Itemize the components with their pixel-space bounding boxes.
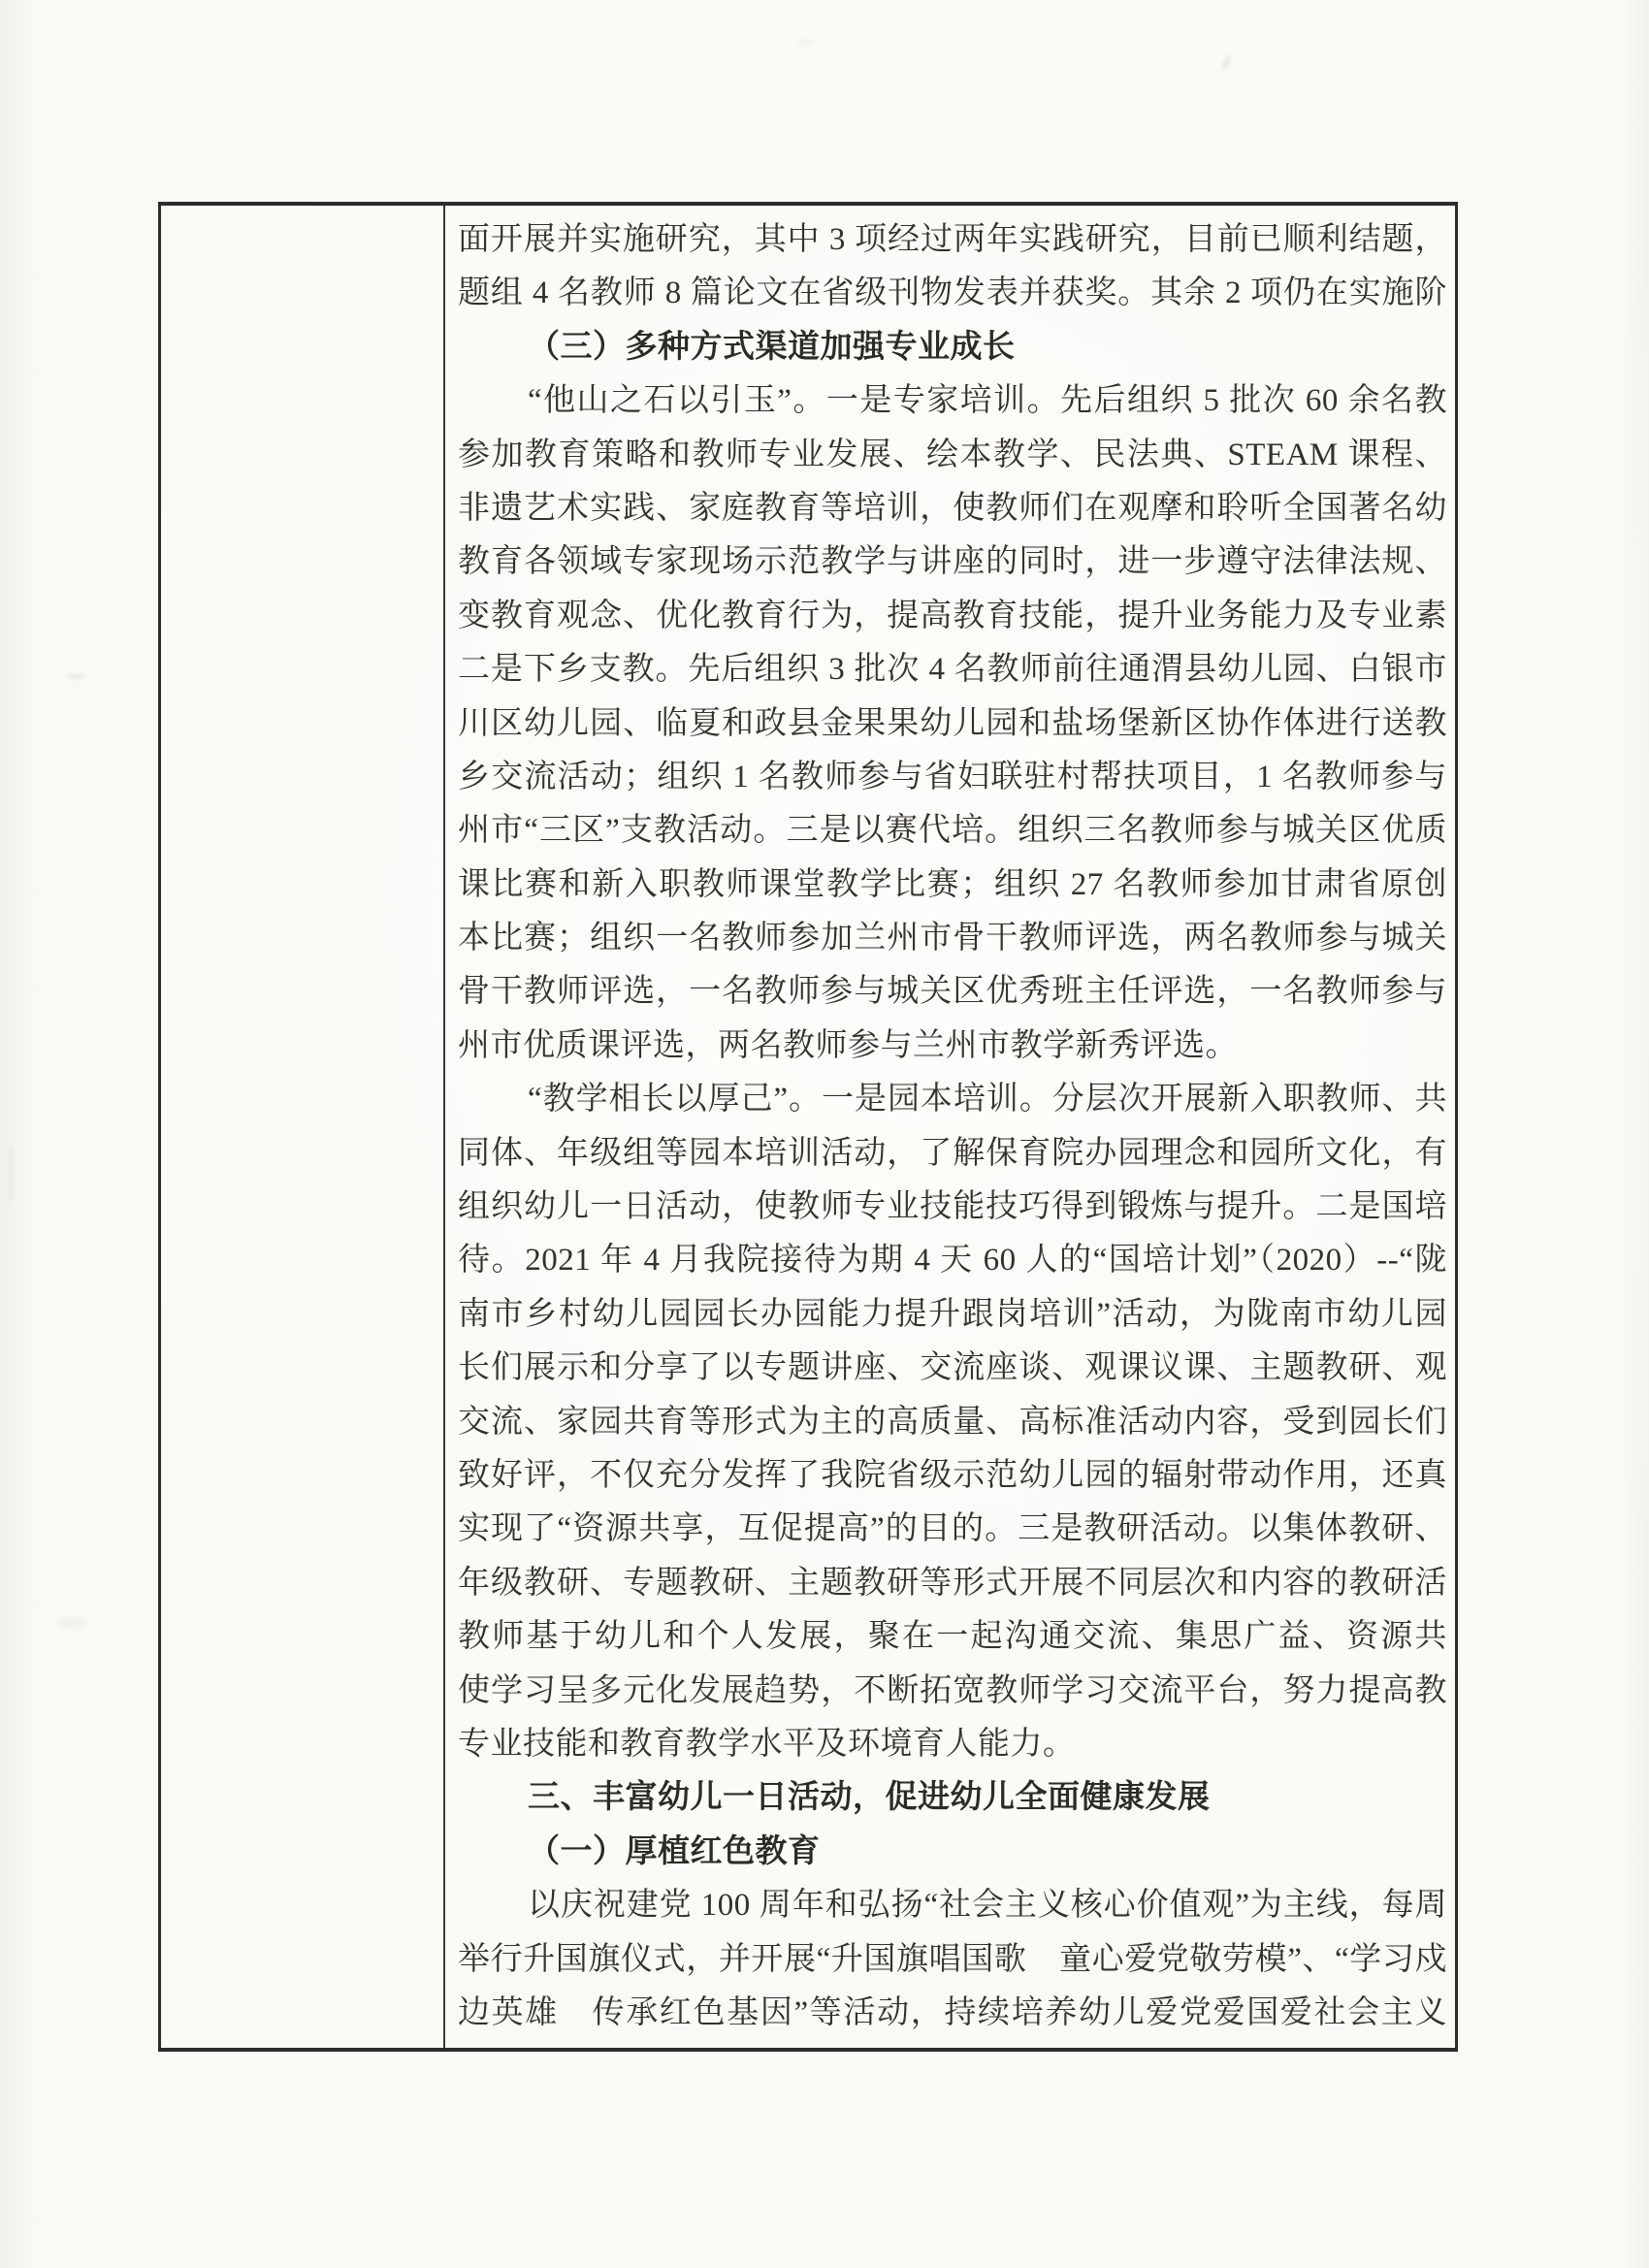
section-heading: （一）厚植红色教育 bbox=[458, 1826, 1447, 1879]
scan-artifact bbox=[8, 1145, 14, 1203]
text-line: 举行升国旗仪式，并开展“升国旗唱国歌 童心爱党敬劳模”、“学习戍 bbox=[458, 1933, 1447, 1987]
text-line: 年级教研、专题教研、主题教研等形式开展不同层次和内容的教研活动， bbox=[458, 1557, 1447, 1610]
text-line: “教学相长以厚己”。一是园本培训。分层次开展新入职教师、共 bbox=[458, 1073, 1447, 1126]
text-line: 边英雄 传承红色基因”等活动，持续培养幼儿爱党爱国爱社会主义的 bbox=[458, 1987, 1447, 2040]
table-text-cell: 面开展并实施研究，其中 3 项经过两年实践研究，目前已顺利结题，课 题组 4 名… bbox=[445, 206, 1455, 2048]
text-line: 非遗艺术实践、家庭教育等培训，使教师们在观摩和聆听全国著名幼儿 bbox=[458, 482, 1447, 535]
text-line: “他山之石以引玉”。一是专家培训。先后组织 5 批次 60 余名教师 bbox=[458, 374, 1447, 428]
text-line: 待。2021 年 4 月我院接待为期 4 天 60 人的“国培计划”（2020）… bbox=[458, 1234, 1447, 1287]
text-line: 长们展示和分享了以专题讲座、交流座谈、观课议课、主题教研、观摩 bbox=[458, 1342, 1447, 1395]
text-line: 课比赛和新入职教师课堂教学比赛；组织 27 名教师参加甘肃省原创绘 bbox=[458, 859, 1447, 912]
text-line: 以庆祝建党 100 周年和弘扬“社会主义核心价值观”为主线，每周 bbox=[458, 1879, 1447, 1932]
text-line: 州市优质课评选，两名教师参与兰州市教学新秀评选。 bbox=[458, 1020, 1447, 1073]
text-line: 二是下乡支教。先后组织 3 批次 4 名教师前往通渭县幼儿园、白银市平 bbox=[458, 643, 1447, 697]
text-line: 州市“三区”支教活动。三是以赛代培。组织三名教师参与城关区优质 bbox=[458, 804, 1447, 858]
scan-artifact bbox=[797, 39, 813, 45]
section-heading: （三）多种方式渠道加强专业成长 bbox=[458, 321, 1447, 374]
text-line: 变教育观念、优化教育行为，提高教育技能，提升业务能力及专业素养。 bbox=[458, 590, 1447, 643]
text-line: 乡交流活动；组织 1 名教师参与省妇联驻村帮扶项目，1 名教师参与兰 bbox=[458, 751, 1447, 804]
text-line: 川区幼儿园、临夏和政县金果果幼儿园和盐场堡新区协作体进行送教下 bbox=[458, 697, 1447, 751]
section-heading: 三、丰富幼儿一日活动，促进幼儿全面健康发展 bbox=[458, 1771, 1447, 1825]
scan-artifact bbox=[1221, 54, 1231, 71]
text-line: 使学习呈多元化发展趋势，不断拓宽教师学习交流平台，努力提高教师 bbox=[458, 1665, 1447, 1718]
text-line: 组织幼儿一日活动，使教师专业技能技巧得到锻炼与提升。二是国培接 bbox=[458, 1181, 1447, 1234]
text-line: 骨干教师评选，一名教师参与城关区优秀班主任评选，一名教师参与兰 bbox=[458, 965, 1447, 1019]
scan-artifact bbox=[68, 674, 85, 679]
report-table: 面开展并实施研究，其中 3 项经过两年实践研究，目前已顺利结题，课 题组 4 名… bbox=[158, 202, 1458, 2052]
scan-artifact bbox=[58, 1618, 87, 1628]
text-line: 同体、年级组等园本培训活动，了解保育院办园理念和园所文化，有效 bbox=[458, 1127, 1447, 1181]
text-line: 教师基于幼儿和个人发展，聚在一起沟通交流、集思广益、资源共享， bbox=[458, 1610, 1447, 1664]
text-line: 交流、家园共育等形式为主的高质量、高标准活动内容，受到园长们一 bbox=[458, 1396, 1447, 1449]
text-line: 专业技能和教育教学水平及环境育人能力。 bbox=[458, 1718, 1447, 1771]
text-line: 本比赛；组织一名教师参加兰州市骨干教师评选，两名教师参与城关区 bbox=[458, 912, 1447, 965]
table-left-column-cell bbox=[161, 206, 443, 2048]
text-line: 南市乡村幼儿园园长办园能力提升跟岗培训”活动，为陇南市幼儿园园 bbox=[458, 1288, 1447, 1342]
text-line: 面开展并实施研究，其中 3 项经过两年实践研究，目前已顺利结题，课 bbox=[458, 213, 1447, 267]
scanned-page: 面开展并实施研究，其中 3 项经过两年实践研究，目前已顺利结题，课 题组 4 名… bbox=[0, 0, 1649, 2268]
text-line: 题组 4 名教师 8 篇论文在省级刊物发表并获奖。其余 2 项仍在实施阶段。 bbox=[458, 267, 1447, 320]
text-line: 实现了“资源共享，互促提高”的目的。三是教研活动。以集体教研、 bbox=[458, 1503, 1447, 1556]
text-line: 教育各领域专家现场示范教学与讲座的同时，进一步遵守法律法规、转 bbox=[458, 535, 1447, 589]
text-line: 参加教育策略和教师专业发展、绘本教学、民法典、STEAM 课程、扎染 bbox=[458, 429, 1447, 482]
text-line: 致好评，不仅充分发挥了我院省级示范幼儿园的辐射带动作用，还真正 bbox=[458, 1449, 1447, 1503]
